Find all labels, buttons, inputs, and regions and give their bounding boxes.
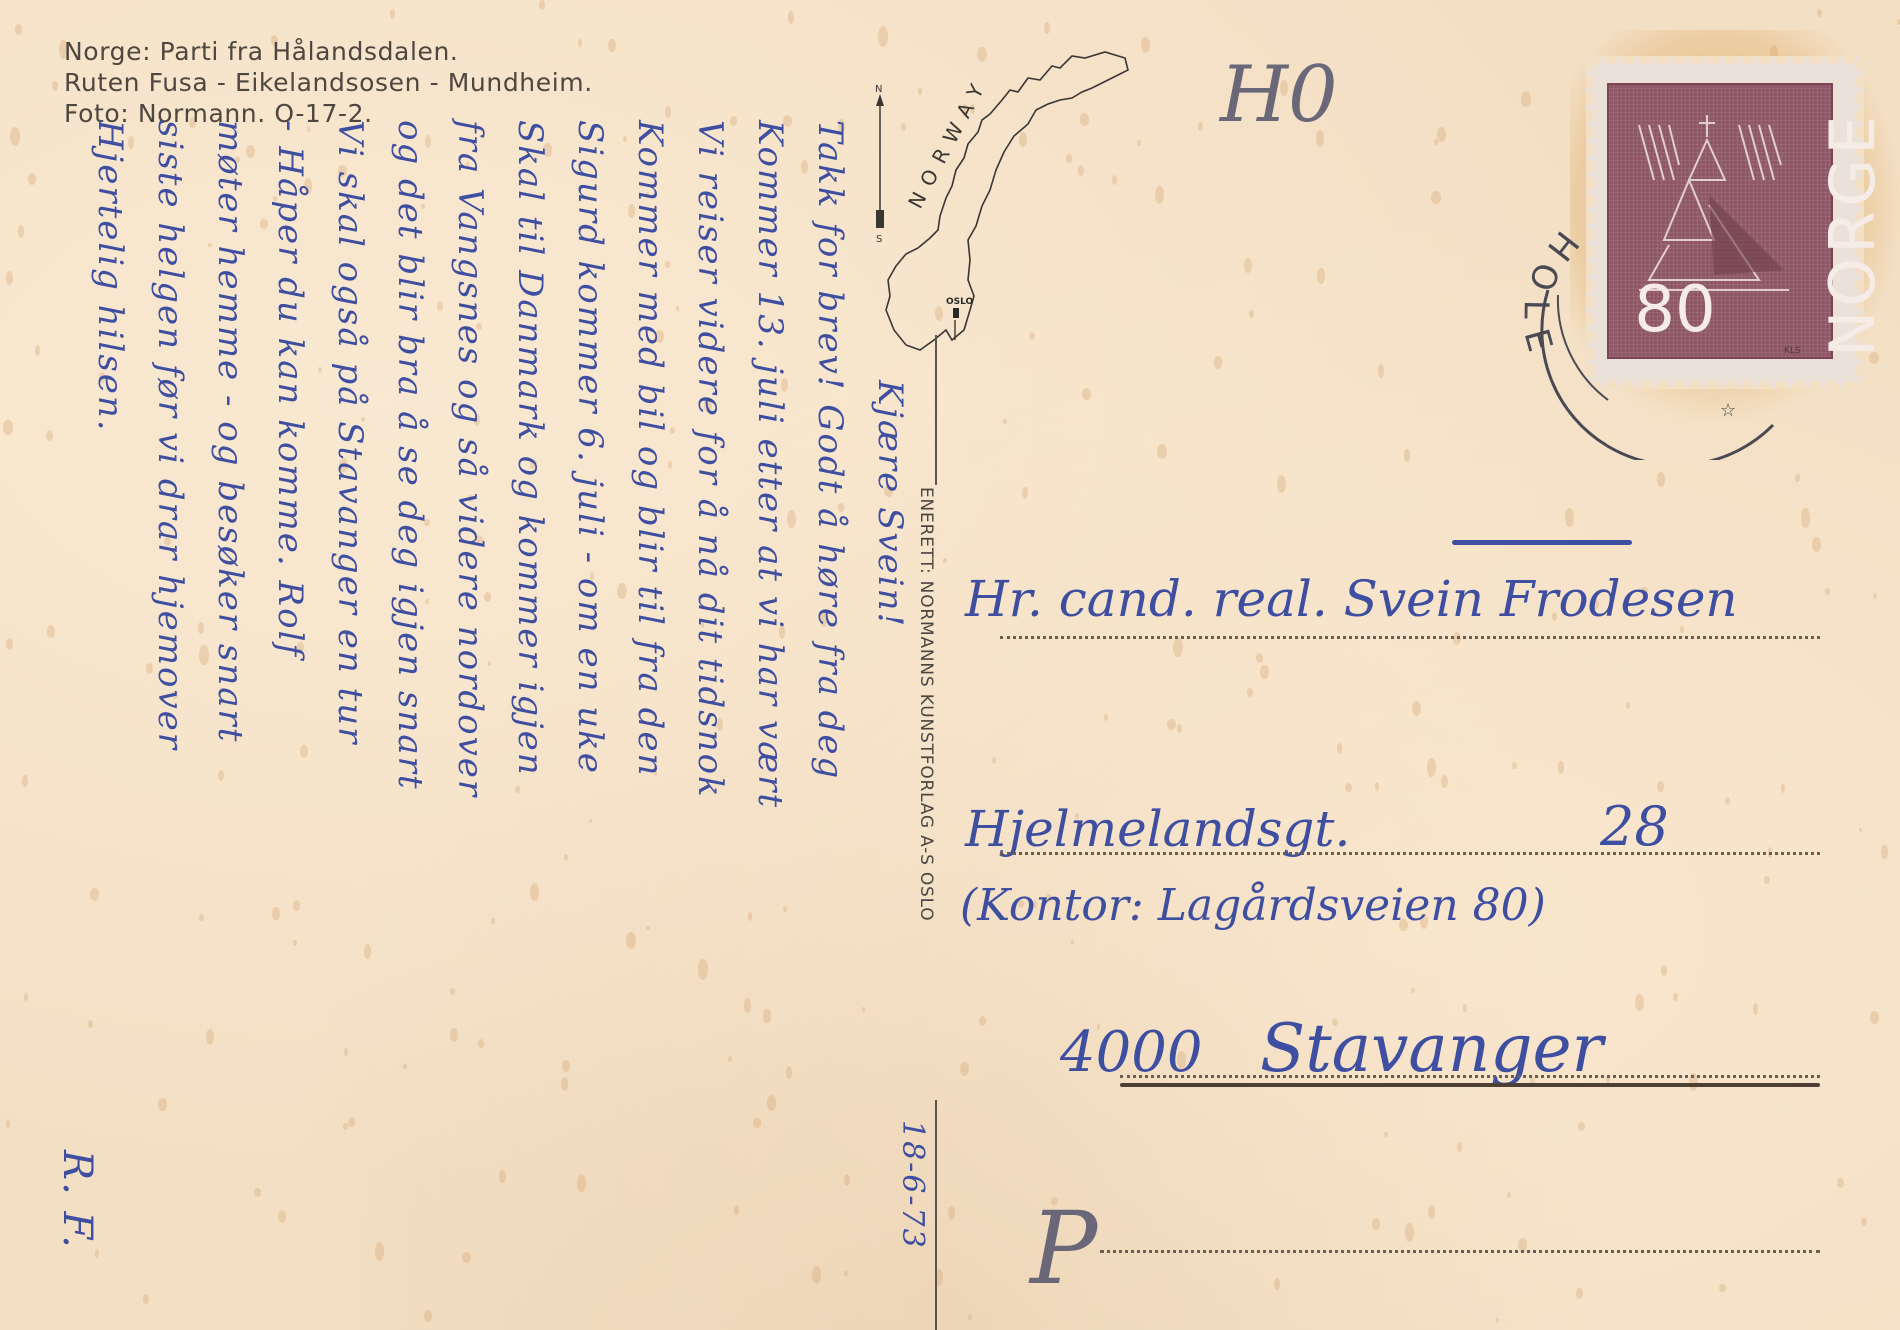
pencil-note-bottom: P	[1030, 1190, 1097, 1307]
publisher-imprint: ENERETT: NORMANNS KUNSTFORLAG A-S OSLO	[916, 487, 936, 922]
svg-text:HOLE: HOLE	[1515, 223, 1586, 369]
stamp-country: NORGE	[1822, 112, 1884, 357]
caption-line-2: Ruten Fusa - Eikelandsosen - Mundheim.	[64, 67, 593, 98]
message-line: siste helgen før vi drar hjemover	[150, 120, 190, 751]
message-line: fra Vangsnes og så videre nordover	[450, 120, 490, 798]
message-line: Hjertelig hilsen.	[90, 120, 130, 433]
compass-south-label: S	[876, 234, 882, 245]
message-line: Kommer med bil og blir til fra den	[630, 120, 670, 777]
message-line: Skal til Danmark og kommer igjen	[510, 120, 550, 777]
message-line: - Håper du kan komme. Rolf	[270, 120, 310, 658]
message-line: og det blir bra å se deg igjen snart	[390, 120, 430, 791]
address-street-number: 28	[1600, 795, 1669, 858]
map-country-label: NORWAY	[903, 71, 993, 212]
address-dotted-line	[1100, 1250, 1820, 1253]
printed-caption: Norge: Parti fra Hålandsdalen. Ruten Fus…	[64, 36, 593, 129]
message-line: Takk for brev! Godt å høre fra deg	[810, 120, 850, 780]
caption-line-1: Norge: Parti fra Hålandsdalen.	[64, 36, 593, 67]
postmark-star-icon: ☆	[1720, 400, 1736, 421]
card-divider	[935, 1100, 937, 1330]
stamp-printer-mark: KLS	[1784, 346, 1801, 356]
message-signature: R. F.	[54, 1150, 100, 1250]
address-dotted-line	[1120, 1075, 1820, 1078]
address-line-1: Hr. cand. real. Svein Frodesen	[965, 570, 1738, 628]
postcard: Norge: Parti fra Hålandsdalen. Ruten Fus…	[0, 0, 1900, 1330]
message-line: møter hemme - og besøker snart	[210, 120, 250, 743]
address-underline	[1120, 1083, 1820, 1087]
postmark-icon: HOLE ☆	[1488, 170, 1778, 460]
card-divider	[935, 335, 937, 485]
message-line: Vi skal også på Stavanger en tur	[330, 120, 370, 745]
message-line: Kjære Svein!	[870, 380, 910, 628]
message-line: Vi reiser videre for å nå dit tidsnok	[690, 120, 730, 799]
address-office: (Kontor: Lagårdsveien 80)	[960, 880, 1546, 931]
address-top-underline	[1452, 540, 1632, 545]
postmark-text: HOLE	[1515, 223, 1586, 369]
pencil-note-top: H0	[1220, 50, 1338, 140]
address-dotted-line	[1000, 636, 1820, 639]
address-dotted-line	[1000, 852, 1820, 855]
message-line: Kommer 13. juli etter at vi har vært	[750, 120, 790, 809]
compass-north-label: N	[875, 84, 882, 95]
message-line: Sigurd kommer 6. juli - om en uke	[570, 120, 610, 775]
map-city-label: OSLO	[946, 297, 974, 307]
message-date: 18-6-73	[895, 1120, 930, 1250]
address-street: Hjelmelandsgt.	[965, 800, 1350, 858]
norway-map-icon: N S OSLO NORWAY	[860, 40, 1140, 380]
